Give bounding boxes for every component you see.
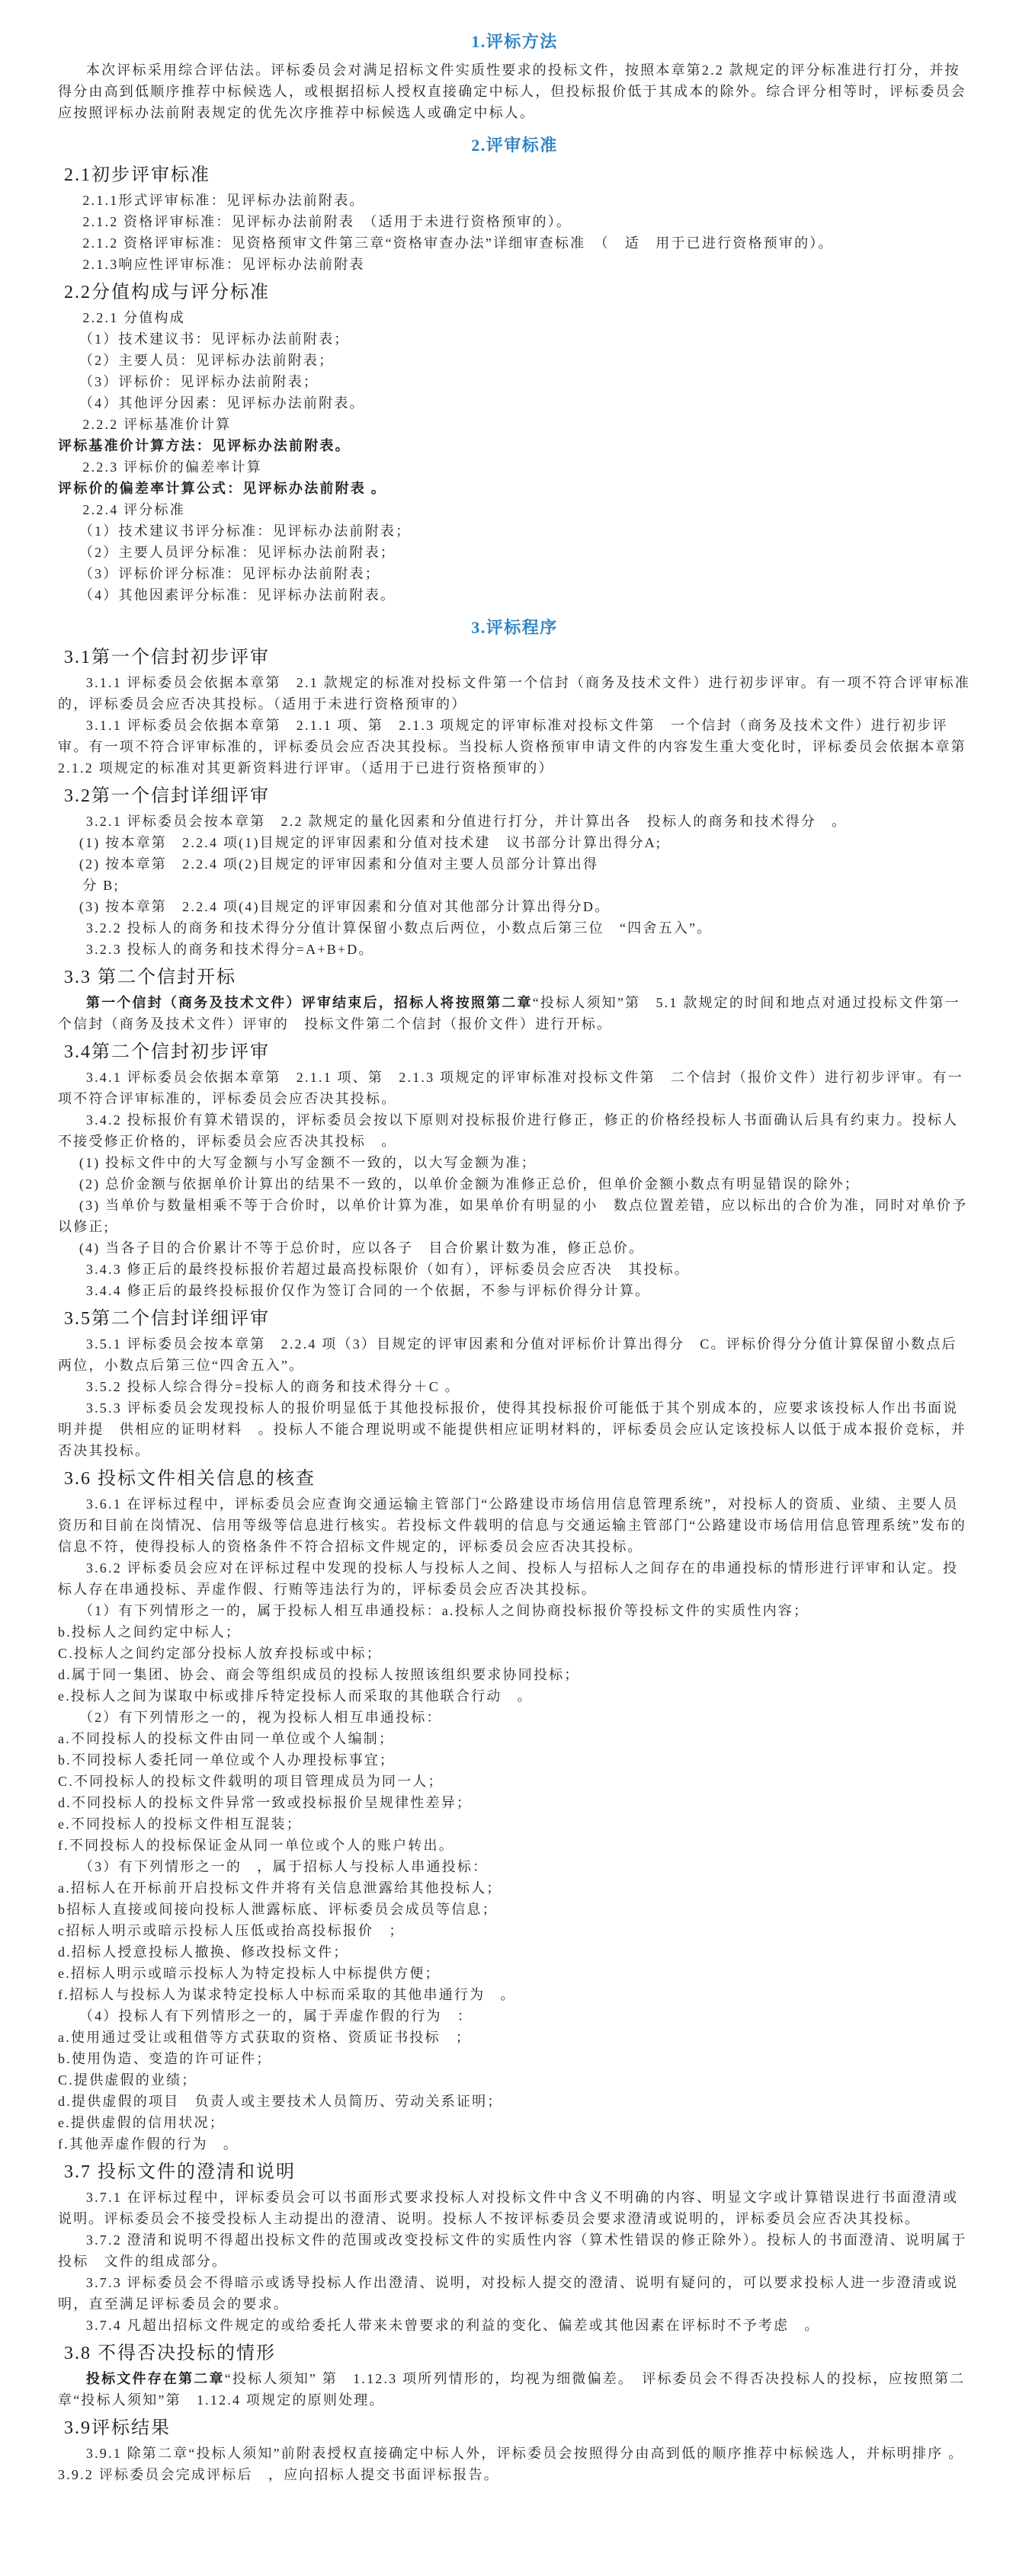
text-run: f.其他弄虚作假的行为 。: [58, 2136, 239, 2152]
text-run: f.不同投标人的投标保证金从同一单位或个人的账户转出。: [58, 1838, 454, 1853]
paragraph: d.招标人授意投标人撤换、修改投标文件；: [58, 1941, 971, 1963]
paragraph: e.不同投标人的投标文件相互混装；: [58, 1813, 971, 1835]
paragraph: 3.6.1 在评标过程中，评标委员会应查询交通运输主管部门“公路建设市场信用信息…: [58, 1493, 971, 1557]
paragraph: 3.2.3 投标人的商务和技术得分=A+B+D。: [58, 939, 971, 960]
paragraph: （3）评标价评分标准：见评标办法前附表；: [58, 563, 971, 584]
text-run: 3.4.2 投标报价有算术错误的，评标委员会按以下原则对投标报价进行修正，修正的…: [58, 1112, 958, 1149]
paragraph: (3) 当单价与数量相乘不等于合价时，以单价计算为准，如果单价有明显的小 数点位…: [58, 1195, 971, 1237]
paragraph: 2.2.4 评分标准: [58, 499, 971, 520]
section-heading: 3.9评标结果: [58, 2416, 971, 2440]
paragraph: 3.5.3 评标委员会发现投标人的报价明显低于其他投标报价，使得其投标报价可能低…: [58, 1397, 971, 1461]
paragraph: （2）主要人员：见评标办法前附表；: [58, 350, 971, 371]
paragraph: 3.9.2 评标委员会完成评标后 ，应向招标人提交书面评标报告。: [58, 2464, 971, 2485]
text-run: a.招标人在开标前开启投标文件并将有关信息泄露给其他投标人；: [58, 1880, 502, 1896]
text-run: 3.7.4 凡超出招标文件规定的或给委托人带来未曾要求的利益的变化、偏差或其他因…: [86, 2318, 820, 2333]
paragraph: （1）技术建议书：见评标办法前附表；: [58, 328, 971, 350]
section-heading: 1.评标方法: [58, 30, 971, 53]
text-run: (3) 当单价与数量相乘不等于合价时，以单价计算为准，如果单价有明显的小 数点位…: [58, 1198, 967, 1234]
section-heading: 3.1第一个信封初步评审: [58, 645, 971, 670]
paragraph: 评标价的偏差率计算公式：见评标办法前附表 。: [58, 478, 971, 499]
text-run: 3.5.1 评标委员会按本章第 2.2.4 项（3）目规定的评审因素和分值对评标…: [58, 1336, 957, 1373]
text-run: 3.1.1 评标委员会依据本章第 2.1.1 项、第 2.1.3 项规定的评审标…: [58, 718, 982, 776]
text-run: e.不同投标人的投标文件相互混装；: [58, 1816, 302, 1832]
paragraph: 3.4.1 评标委员会依据本章第 2.1.1 项、第 2.1.3 项规定的评审标…: [58, 1067, 971, 1109]
paragraph: f.其他弄虚作假的行为 。: [58, 2133, 971, 2155]
paragraph: （2）主要人员评分标准：见评标办法前附表；: [58, 542, 971, 563]
text-run: 3.2.2 投标人的商务和技术得分分值计算保留小数点后两位，小数点后第三位 “四…: [86, 920, 712, 936]
text-run: a.使用通过受让或租借等方式获取的资格、资质证书投标 ；: [58, 2030, 471, 2045]
section-heading: 3.4第二个信封初步评审: [58, 1040, 971, 1064]
text-run: （1）技术建议书评分标准：见评标办法前附表；: [79, 523, 411, 539]
paragraph: 3.2.2 投标人的商务和技术得分分值计算保留小数点后两位，小数点后第三位 “四…: [58, 917, 971, 939]
paragraph: 3.4.3 修正后的最终投标报价若超过最高投标限价（如有），评标委员会应否决 其…: [58, 1259, 971, 1280]
paragraph: c招标人明示或暗示投标人压低或抬高投标报价 ；: [58, 1920, 971, 1941]
text-run: （1）技术建议书：见评标办法前附表；: [79, 331, 350, 347]
text-run: b招标人直接或间接向投标人泄露标底、评标委员会成员等信息；: [58, 1902, 498, 1917]
text-run: （2）有下列情形之一的，视为投标人相互串通投标：: [79, 1710, 442, 1725]
text-run: 2.1.2 资格评审标准：见资格预审文件第三章“资格审查办法”详细审查标准 （ …: [82, 235, 833, 251]
paragraph: C.投标人之间约定部分投标人放弃投标或中标；: [58, 1643, 971, 1664]
text-run: C.不同投标人的投标文件载明的项目管理成员为同一人；: [58, 1774, 444, 1789]
text-run: 3.7.2 澄清和说明不得超出投标文件的范围或改变投标文件的实质性内容（算术性错…: [58, 2232, 967, 2269]
paragraph: （1）有下列情形之一的，属于投标人相互串通投标：a.投标人之间协商投标报价等投标…: [58, 1600, 971, 1621]
paragraph: （4）其他因素评分标准：见评标办法前附表。: [58, 584, 971, 606]
paragraph: a.使用通过受让或租借等方式获取的资格、资质证书投标 ；: [58, 2027, 971, 2048]
text-run: 3.2.1 评标委员会按本章第 2.2 款规定的量化因素和分值进行打分，并计算出…: [86, 814, 848, 829]
text-run: b.不同投标人委托同一单位或个人办理投标事宜；: [58, 1752, 395, 1768]
text-run: 2.2.2 评标基准价计算: [82, 417, 231, 432]
text-run: 2.1.1形式评审标准：见评标办法前附表。: [82, 193, 364, 208]
text-run: a.不同投标人的投标文件由同一单位或个人编制；: [58, 1731, 394, 1746]
paragraph: e.招标人明示或暗示投标人为特定投标人中标提供方便；: [58, 1963, 971, 1984]
paragraph: 3.4.4 修正后的最终投标报价仅作为签订合同的一个依据，不参与评标价得分计算。: [58, 1280, 971, 1301]
text-run: （3）有下列情形之一的 ，属于招标人与投标人串通投标：: [79, 1859, 488, 1874]
paragraph: 3.1.1 评标委员会依据本章第 2.1.1 项、第 2.1.3 项规定的评审标…: [58, 715, 971, 779]
bold-text-run: 投标文件存在第二章: [86, 2371, 225, 2386]
text-run: 2.1.3响应性评审标准：见评标办法前附表: [82, 257, 364, 272]
paragraph: 第一个信封（商务及技术文件）评审结束后，招标人将按照第二章“投标人须知”第 5.…: [58, 992, 971, 1035]
paragraph: (2) 总价金额与依据单价计算出的结果不一致的，以单价金额为准修正总价，但单价金…: [58, 1173, 971, 1195]
text-run: 3.5.3 评标委员会发现投标人的报价明显低于其他投标报价，使得其投标报价可能低…: [58, 1400, 966, 1458]
paragraph: 3.5.1 评标委员会按本章第 2.2.4 项（3）目规定的评审因素和分值对评标…: [58, 1333, 971, 1376]
text-run: 3.4.3 修正后的最终投标报价若超过最高投标限价（如有），评标委员会应否决 其…: [86, 1262, 690, 1277]
paragraph: d.提供虚假的项目 负责人或主要技术人员简历、劳动关系证明；: [58, 2091, 971, 2112]
section-heading: 3.6 投标文件相关信息的核查: [58, 1467, 971, 1491]
text-run: （2）主要人员评分标准：见评标办法前附表；: [79, 545, 396, 560]
paragraph: (1) 投标文件中的大写金额与小写金额不一致的，以大写金额为准；: [58, 1152, 971, 1173]
text-run: 3.9.1 除第二章“投标人须知”前附表授权直接确定中标人外，评标委员会按照得分…: [86, 2446, 963, 2461]
section-heading: 2.1初步评审标准: [58, 163, 971, 187]
text-run: e.招标人明示或暗示投标人为特定投标人中标提供方便；: [58, 1966, 441, 1981]
text-run: 3.5.2 投标人综合得分=投标人的商务和技术得分＋C 。: [86, 1379, 460, 1394]
text-run: 3.7.1 在评标过程中，评标委员会可以书面形式要求投标人对投标文件中含义不明确…: [58, 2190, 958, 2226]
section-heading: 3.2第一个信封详细评审: [58, 784, 971, 808]
text-run: （4）其他评分因素：见评标办法前附表。: [79, 395, 365, 411]
paragraph: 3.7.2 澄清和说明不得超出投标文件的范围或改变投标文件的实质性内容（算术性错…: [58, 2229, 971, 2272]
text-run: f.招标人与投标人为谋求特定投标人中标而采取的其他串通行为 。: [58, 1987, 516, 2002]
text-run: d.不同投标人的投标文件异常一致或投标报价呈规律性差异；: [58, 1795, 472, 1810]
text-run: 3.6.1 在评标过程中，评标委员会应查询交通运输主管部门“公路建设市场信用信息…: [58, 1496, 966, 1554]
paragraph: 3.6.2 评标委员会应对在评标过程中发现的投标人与投标人之间、投标人与招标人之…: [58, 1557, 971, 1600]
text-run: 3.2.3 投标人的商务和技术得分=A+B+D。: [86, 942, 374, 957]
paragraph: b.不同投标人委托同一单位或个人办理投标事宜；: [58, 1749, 971, 1771]
paragraph: 本次评标采用综合评估法。评标委员会对满足招标文件实质性要求的投标文件，按照本章第…: [58, 59, 971, 123]
text-run: (2) 总价金额与依据单价计算出的结果不一致的，以单价金额为准修正总价，但单价金…: [79, 1176, 860, 1192]
text-run: （3）评标价评分标准：见评标办法前附表；: [79, 566, 380, 581]
bold-text-run: 评标价的偏差率计算公式：见评标办法前附表 。: [58, 481, 386, 496]
paragraph: e.投标人之间为谋取中标或排斥特定投标人而采取的其他联合行动 。: [58, 1685, 971, 1707]
text-run: 3.4.1 评标委员会依据本章第 2.1.1 项、第 2.1.3 项规定的评审标…: [58, 1070, 963, 1106]
section-heading: 3.7 投标文件的澄清和说明: [58, 2160, 971, 2184]
paragraph: 3.2.1 评标委员会按本章第 2.2 款规定的量化因素和分值进行打分，并计算出…: [58, 811, 971, 832]
document-page: 1.评标方法本次评标采用综合评估法。评标委员会对满足招标文件实质性要求的投标文件…: [0, 0, 1029, 2576]
paragraph: 2.1.3响应性评审标准：见评标办法前附表: [58, 254, 971, 275]
text-run: （4）其他因素评分标准：见评标办法前附表。: [79, 587, 396, 603]
paragraph: 3.7.4 凡超出招标文件规定的或给委托人带来未曾要求的利益的变化、偏差或其他因…: [58, 2315, 971, 2336]
paragraph: (3) 按本章第 2.2.4 项(4)目规定的评审因素和分值对其他部分计算出得分…: [58, 896, 971, 917]
text-run: b.投标人之间约定中标人；: [58, 1624, 241, 1640]
paragraph: f.招标人与投标人为谋求特定投标人中标而采取的其他串通行为 。: [58, 1984, 971, 2005]
text-run: （1）有下列情形之一的，属于投标人相互串通投标：a.投标人之间协商投标报价等投标…: [79, 1603, 809, 1618]
paragraph: d.不同投标人的投标文件异常一致或投标报价呈规律性差异；: [58, 1792, 971, 1813]
bold-text-run: 第一个信封（商务及技术文件）评审结束后，招标人将按照第二章: [86, 995, 533, 1010]
paragraph: d.属于同一集团、协会、商会等组织成员的投标人按照该组织要求协同投标；: [58, 1664, 971, 1685]
text-run: 2.1.2 资格评审标准：见评标办法前附表 （适用于未进行资格预审的）。: [82, 214, 572, 229]
text-run: 3.4.4 修正后的最终投标报价仅作为签订合同的一个依据，不参与评标价得分计算。: [86, 1283, 651, 1298]
paragraph: f.不同投标人的投标保证金从同一单位或个人的账户转出。: [58, 1835, 971, 1856]
paragraph: 3.5.2 投标人综合得分=投标人的商务和技术得分＋C 。: [58, 1376, 971, 1397]
paragraph: 2.2.1 分值构成: [58, 307, 971, 328]
paragraph: (1) 按本章第 2.2.4 项(1)目规定的评审因素和分值对技术建 议书部分计…: [58, 832, 971, 853]
paragraph: e.提供虚假的信用状况；: [58, 2112, 971, 2133]
text-run: d.招标人授意投标人撤换、修改投标文件；: [58, 1944, 349, 1960]
text-run: c招标人明示或暗示投标人压低或抬高投标报价 ；: [58, 1923, 405, 1938]
text-run: 2.2.4 评分标准: [82, 502, 185, 517]
section-heading: 2.2分值构成与评分标准: [58, 280, 971, 305]
paragraph: (4) 当各子目的合价累计不等于总价时，应以各子 目合价累计数为准，修正总价。: [58, 1237, 971, 1259]
text-run: （4）投标人有下列情形之一的，属于弄虚作假的行为 ：: [79, 2008, 473, 2024]
paragraph: 2.2.2 评标基准价计算: [58, 414, 971, 435]
paragraph: 投标文件存在第二章“投标人须知” 第 1.12.3 项所列情形的，均视为细微偏差…: [58, 2368, 971, 2411]
text-run: （2）主要人员：见评标办法前附表；: [79, 353, 334, 368]
section-heading: 3.评标程序: [58, 616, 971, 639]
text-run: d.属于同一集团、协会、商会等组织成员的投标人按照该组织要求协同投标；: [58, 1667, 580, 1682]
paragraph: a.不同投标人的投标文件由同一单位或个人编制；: [58, 1728, 971, 1749]
section-heading: 3.3 第二个信封开标: [58, 965, 971, 990]
text-run: (2) 按本章第 2.2.4 项(2)目规定的评审因素和分值对主要人员部分计算出…: [79, 856, 598, 872]
paragraph: (2) 按本章第 2.2.4 项(2)目规定的评审因素和分值对主要人员部分计算出…: [58, 853, 971, 875]
text-run: 3.7.3 评标委员会不得暗示或诱导投标人作出澄清、说明，对投标人提交的澄清、说…: [58, 2275, 958, 2312]
text-run: 2.2.3 评标价的偏差率计算: [82, 459, 262, 475]
section-heading: 3.8 不得否决投标的情形: [58, 2341, 971, 2366]
paragraph: （3）评标价：见评标办法前附表；: [58, 371, 971, 392]
section-heading: 2.评审标准: [58, 134, 971, 157]
paragraph: 2.2.3 评标价的偏差率计算: [58, 456, 971, 478]
text-run: (3) 按本章第 2.2.4 项(4)目规定的评审因素和分值对其他部分计算出得分…: [79, 899, 610, 914]
paragraph: C.提供虚假的业绩；: [58, 2069, 971, 2091]
paragraph: 3.4.2 投标报价有算术错误的，评标委员会按以下原则对投标报价进行修正，修正的…: [58, 1109, 971, 1152]
paragraph: （1）技术建议书评分标准：见评标办法前附表；: [58, 520, 971, 542]
text-run: b.使用伪造、变造的许可证件；: [58, 2051, 272, 2066]
text-run: e.投标人之间为谋取中标或排斥特定投标人而采取的其他联合行动 。: [58, 1688, 533, 1704]
paragraph: 3.1.1 评标委员会依据本章第 2.1 款规定的标准对投标文件第一个信封（商务…: [58, 672, 971, 715]
text-run: 2.2.1 分值构成: [82, 310, 185, 325]
paragraph: （2）有下列情形之一的，视为投标人相互串通投标：: [58, 1707, 971, 1728]
text-run: 3.1.1 评标委员会依据本章第 2.1 款规定的标准对投标文件第一个信封（商务…: [58, 675, 970, 712]
paragraph: 3.7.3 评标委员会不得暗示或诱导投标人作出澄清、说明，对投标人提交的澄清、说…: [58, 2272, 971, 2315]
paragraph: b.使用伪造、变造的许可证件；: [58, 2048, 971, 2069]
paragraph: （4）投标人有下列情形之一的，属于弄虚作假的行为 ：: [58, 2005, 971, 2027]
paragraph: b招标人直接或间接向投标人泄露标底、评标委员会成员等信息；: [58, 1899, 971, 1920]
text-run: (1) 投标文件中的大写金额与小写金额不一致的，以大写金额为准；: [79, 1155, 537, 1170]
paragraph: 2.1.1形式评审标准：见评标办法前附表。: [58, 190, 971, 211]
text-run: (1) 按本章第 2.2.4 项(1)目规定的评审因素和分值对技术建 议书部分计…: [79, 835, 662, 850]
text-run: C.提供虚假的业绩；: [58, 2072, 197, 2088]
text-run: 3.6.2 评标委员会应对在评标过程中发现的投标人与投标人之间、投标人与招标人之…: [58, 1560, 958, 1597]
paragraph: 2.1.2 资格评审标准：见资格预审文件第三章“资格审查办法”详细审查标准 （ …: [58, 232, 971, 254]
text-run: e.提供虚假的信用状况；: [58, 2115, 225, 2130]
paragraph: （3）有下列情形之一的 ，属于招标人与投标人串通投标：: [58, 1856, 971, 1877]
text-run: d.提供虚假的项目 负责人或主要技术人员简历、劳动关系证明；: [58, 2094, 503, 2109]
paragraph: 分 B;: [58, 875, 971, 896]
paragraph: 3.7.1 在评标过程中，评标委员会可以书面形式要求投标人对投标文件中含义不明确…: [58, 2187, 971, 2229]
paragraph: a.招标人在开标前开启投标文件并将有关信息泄露给其他投标人；: [58, 1877, 971, 1899]
bold-text-run: 评标基准价计算方法：见评标办法前附表。: [58, 438, 351, 453]
text-run: 本次评标采用综合评估法。评标委员会对满足招标文件实质性要求的投标文件，按照本章第…: [58, 62, 966, 120]
text-run: 分 B;: [82, 878, 119, 893]
paragraph: C.不同投标人的投标文件载明的项目管理成员为同一人；: [58, 1771, 971, 1792]
paragraph: b.投标人之间约定中标人；: [58, 1621, 971, 1643]
text-run: 3.9.2 评标委员会完成评标后 ，应向招标人提交书面评标报告。: [58, 2467, 499, 2482]
text-run: （3）评标价：见评标办法前附表；: [79, 374, 319, 389]
text-run: (4) 当各子目的合价累计不等于总价时，应以各子 目合价累计数为准，修正总价。: [79, 1240, 644, 1256]
paragraph: 评标基准价计算方法：见评标办法前附表。: [58, 435, 971, 456]
paragraph: （4）其他评分因素：见评标办法前附表。: [58, 392, 971, 414]
section-heading: 3.5第二个信封详细评审: [58, 1307, 971, 1331]
paragraph: 3.9.1 除第二章“投标人须知”前附表授权直接确定中标人外，评标委员会按照得分…: [58, 2443, 971, 2464]
text-run: C.投标人之间约定部分投标人放弃投标或中标；: [58, 1646, 382, 1661]
paragraph: 2.1.2 资格评审标准：见评标办法前附表 （适用于未进行资格预审的）。: [58, 211, 971, 232]
